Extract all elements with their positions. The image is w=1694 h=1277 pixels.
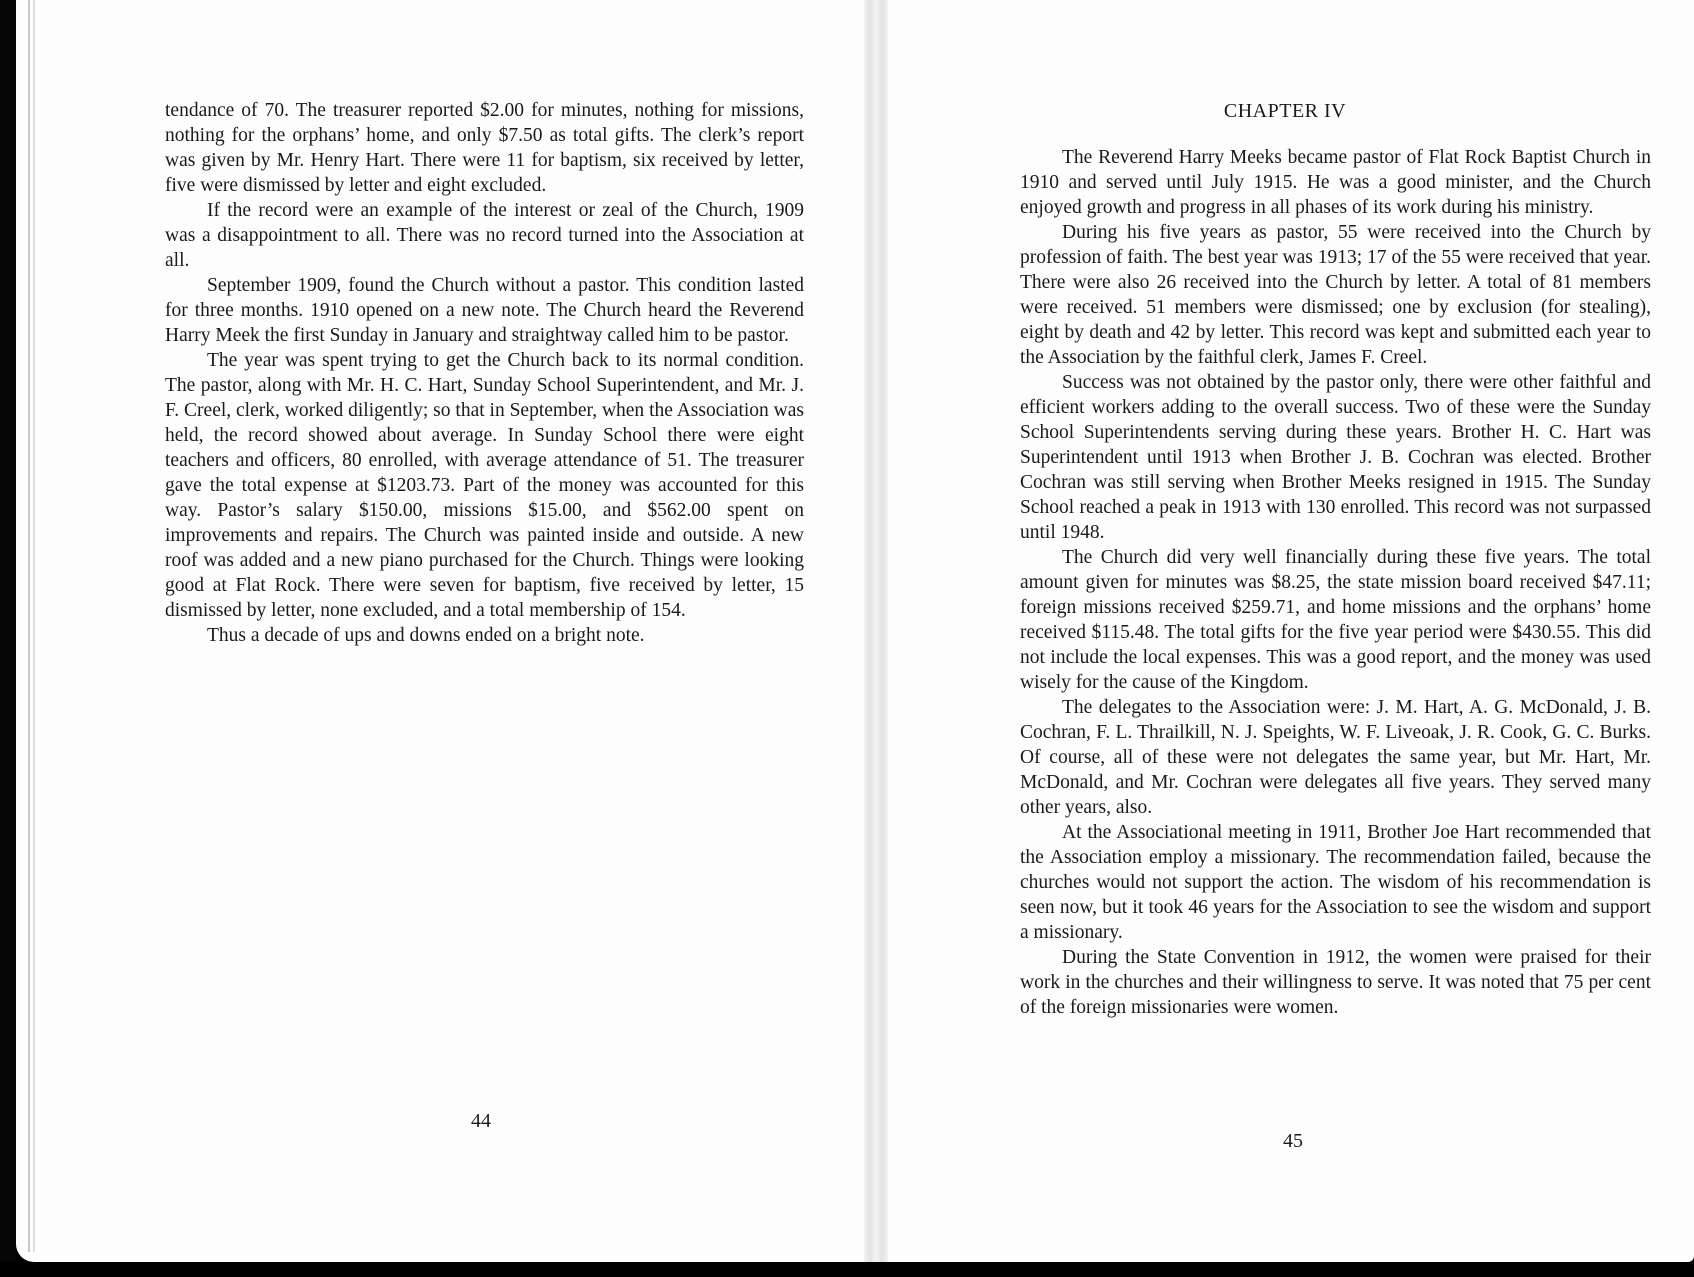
scan-background <box>0 1262 1694 1277</box>
paragraph: During the State Convention in 1912, the… <box>1020 945 1651 1020</box>
paragraph: If the record were an example of the int… <box>165 198 804 273</box>
paragraph: The year was spent trying to get the Chu… <box>165 348 804 623</box>
page-edge-line <box>33 0 35 1252</box>
paragraph: At the Associational meeting in 1911, Br… <box>1020 820 1651 945</box>
paragraph: Thus a decade of ups and downs ended on … <box>165 623 804 648</box>
paragraph: tendance of 70. The treasurer reported $… <box>165 98 804 198</box>
right-page-body: The Reverend Harry Meeks became pastor o… <box>1020 145 1651 1020</box>
paragraph: During his five years as pastor, 55 were… <box>1020 220 1651 370</box>
page-number: 45 <box>1263 1130 1323 1153</box>
page-number: 44 <box>451 1110 511 1133</box>
left-page-body: tendance of 70. The treasurer reported $… <box>165 98 804 648</box>
paragraph: The Reverend Harry Meeks became pastor o… <box>1020 145 1651 220</box>
chapter-title: CHAPTER IV <box>876 100 1694 123</box>
book-spread: tendance of 70. The treasurer reported $… <box>0 0 1694 1277</box>
binding-edge <box>0 0 16 1277</box>
gutter-shadow <box>864 0 876 1262</box>
paragraph: The Church did very well financially dur… <box>1020 545 1651 695</box>
paragraph: The delegates to the Association were: J… <box>1020 695 1651 820</box>
paragraph: September 1909, found the Church without… <box>165 273 804 348</box>
paragraph: Success was not obtained by the pastor o… <box>1020 370 1651 545</box>
gutter-shadow <box>876 0 888 1262</box>
page-edge-line <box>28 0 30 1252</box>
left-page: tendance of 70. The treasurer reported $… <box>16 0 876 1262</box>
right-page: CHAPTER IV The Reverend Harry Meeks beca… <box>876 0 1694 1262</box>
